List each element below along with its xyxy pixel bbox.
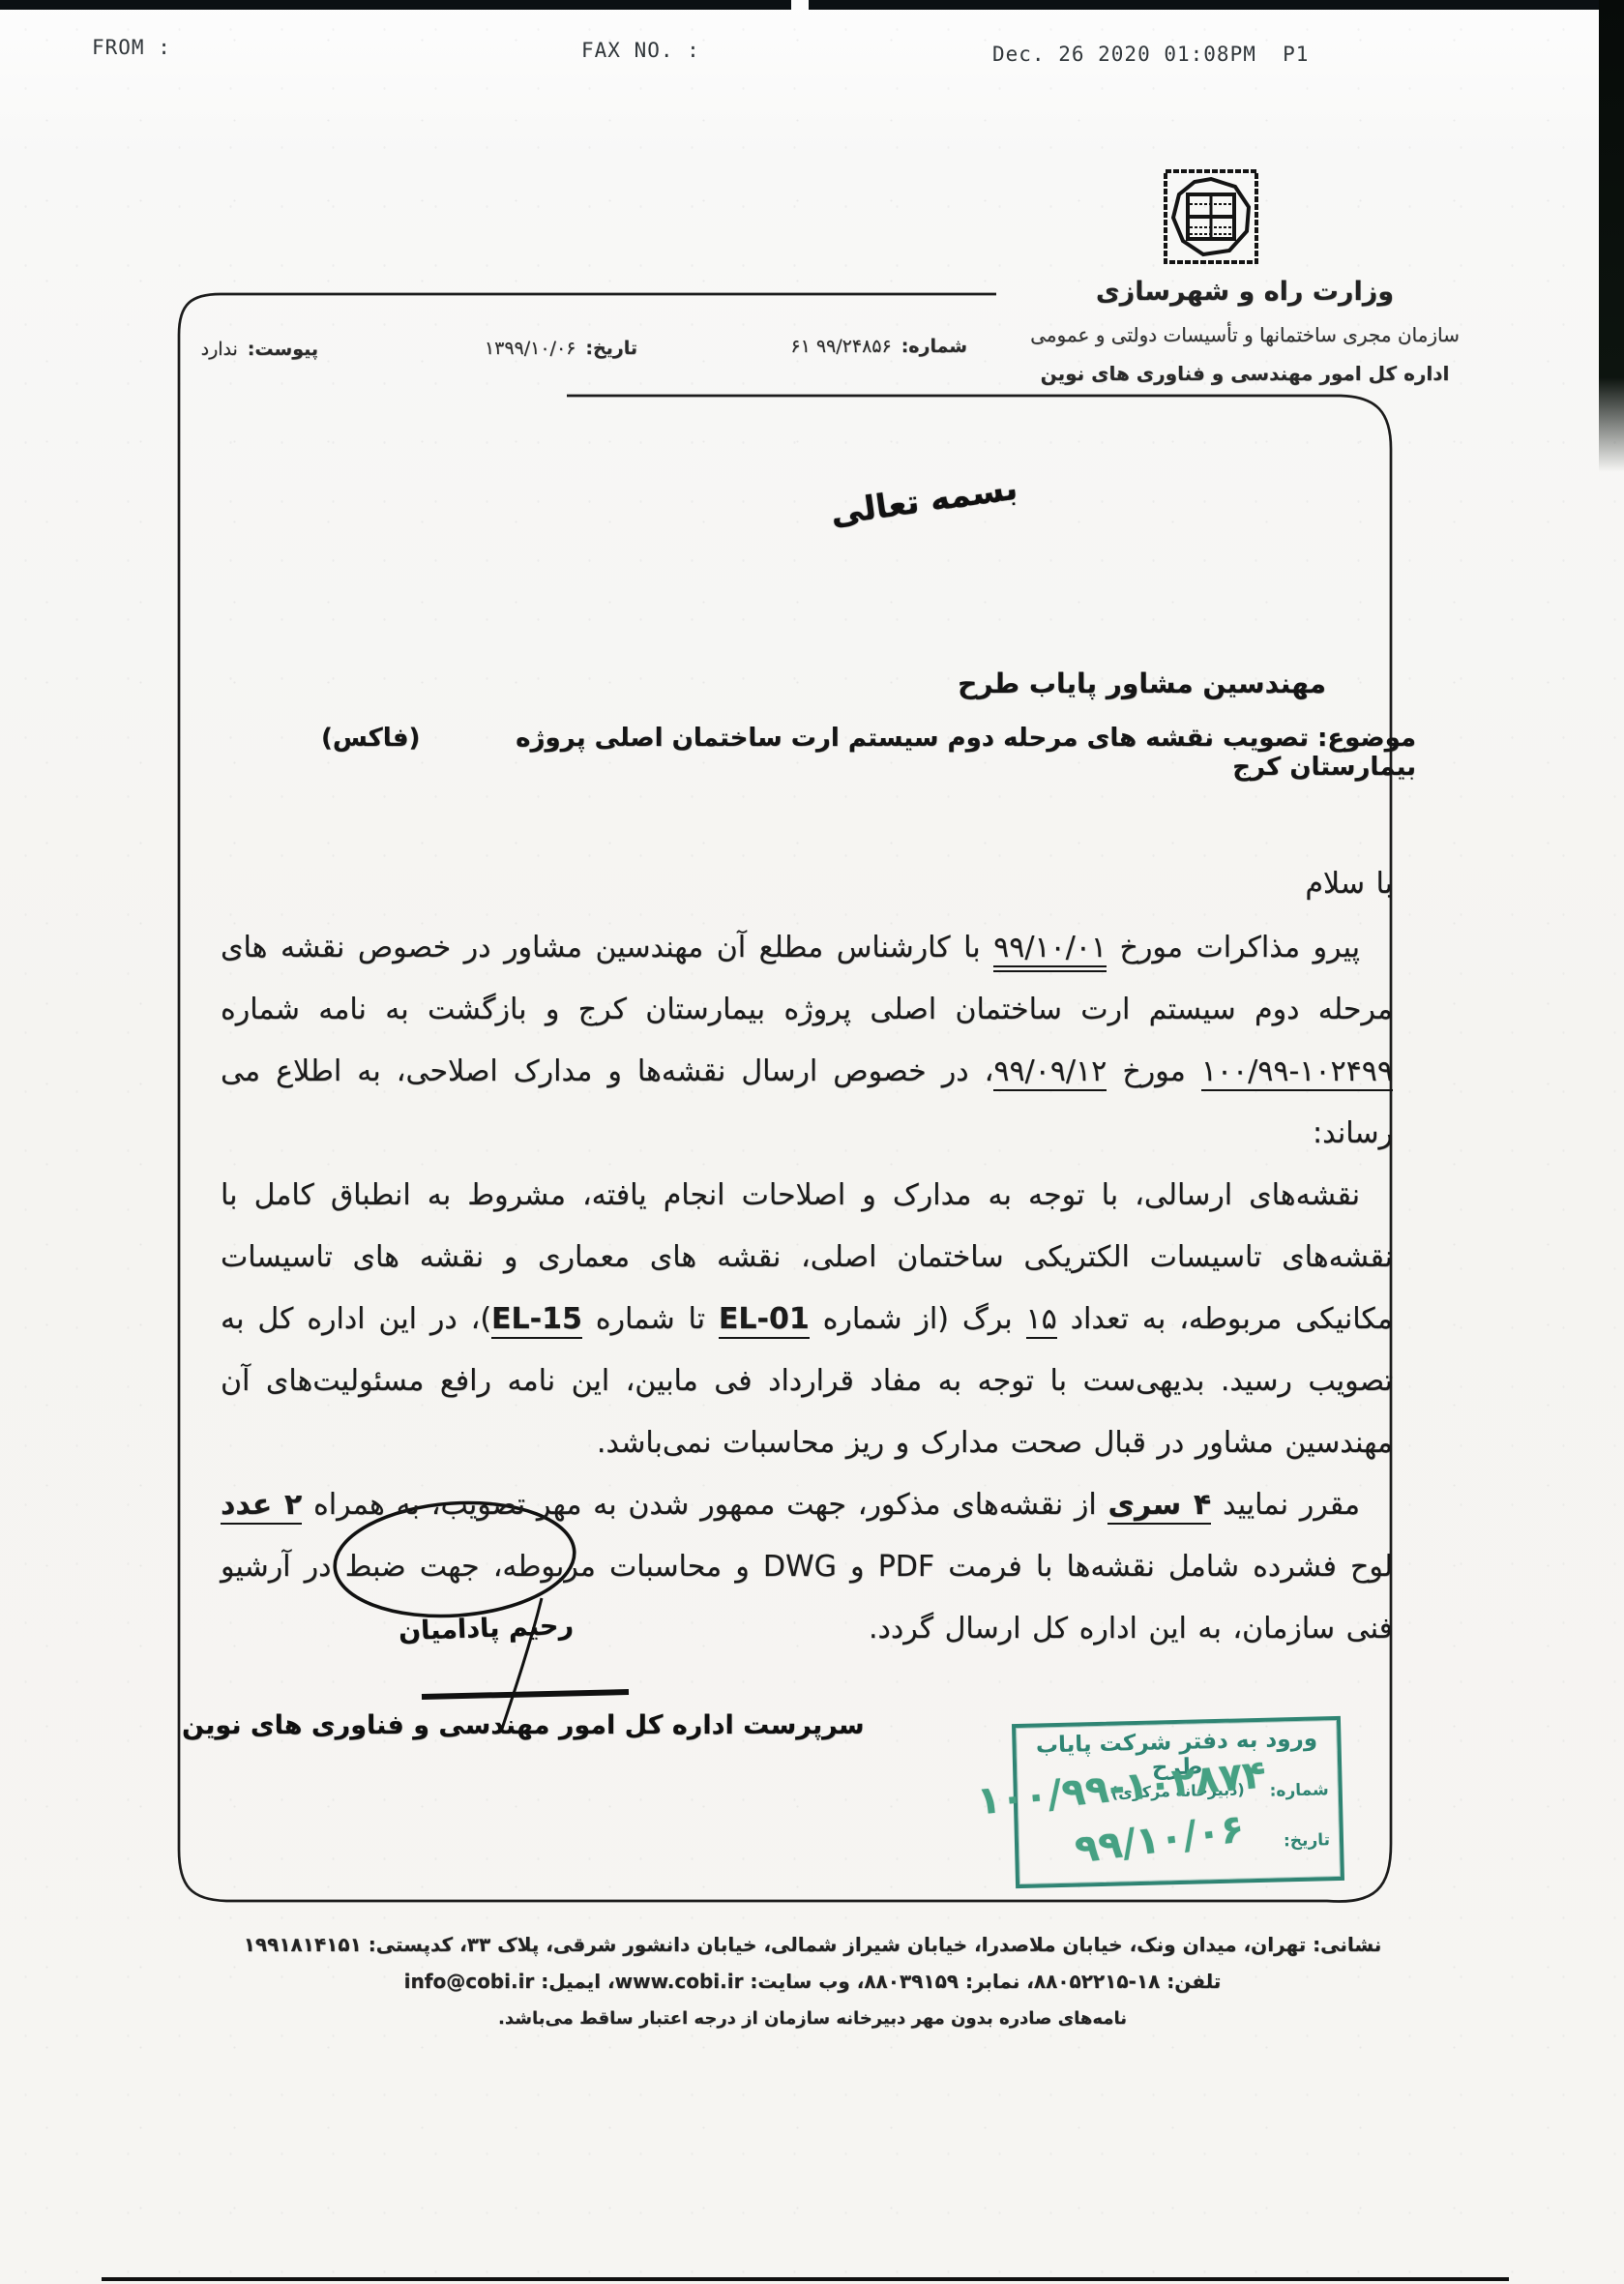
letter-body: با سلام پیرو مذاکرات مورخ ۹۹/۱۰/۰۱ با کا… bbox=[221, 853, 1393, 1660]
letter-paragraph: پیرو مذاکرات مورخ ۹۹/۱۰/۰۱ با کارشناس مط… bbox=[221, 917, 1393, 1165]
organization-name: سازمان مجری ساختمانها و تأسیسات دولتی و … bbox=[964, 323, 1525, 346]
department-name: اداره کل امور مهندسی و فناوری های نوین bbox=[964, 362, 1525, 385]
recipient-line: مهندسین مشاور پایاب طرح bbox=[958, 667, 1326, 699]
signer-name: رحیم پادامیان bbox=[399, 1611, 575, 1646]
ref-attachment-field: پیوست:ندارد bbox=[201, 339, 318, 360]
scan-right-edge-shadow bbox=[1599, 0, 1624, 472]
ref-number-value: ۹۹/۲۴۸۵۶ ۶۱ bbox=[790, 336, 891, 357]
fax-timestamp: Dec. 26 2020 01:08PM P1 bbox=[992, 43, 1309, 66]
letter-footer: نشانی: تهران، میدان ونک، خیابان ملاصدرا،… bbox=[193, 1933, 1432, 2029]
ref-date-label: تاریخ: bbox=[585, 338, 637, 359]
incoming-stamp: ورود به دفتر شرکت پایاب طرح (دبیرخانه مر… bbox=[1012, 1716, 1344, 1888]
letter-paragraph: مقرر نمایید ۴ سری از نقشه‌های مذکور، جهت… bbox=[221, 1474, 1393, 1660]
salutation: با سلام bbox=[221, 853, 1393, 915]
fax-note: (فاکس) bbox=[321, 724, 420, 753]
fax-top-bar-right bbox=[809, 0, 1624, 10]
ref-attachment-value: ندارد bbox=[201, 339, 238, 360]
footer-address: نشانی: تهران، میدان ونک، خیابان ملاصدرا،… bbox=[193, 1933, 1432, 1956]
fax-number-label: FAX NO. : bbox=[581, 39, 700, 62]
letter-paragraphs: پیرو مذاکرات مورخ ۹۹/۱۰/۰۱ با کارشناس مط… bbox=[221, 917, 1393, 1660]
ministry-emblem-logo bbox=[1162, 167, 1260, 266]
scan-bottom-edge-line bbox=[102, 2277, 1509, 2281]
footer-disclaimer: نامه‌های صادره بدون مهر دبیرخانه سازمان … bbox=[193, 2008, 1432, 2029]
ref-date-value: ۱۳۹۹/۱۰/۰۶ bbox=[485, 338, 576, 359]
letter-paragraph: نقشه‌های ارسالی، با توجه به مدارک و اصلا… bbox=[221, 1165, 1393, 1474]
fax-from-label: FROM : bbox=[92, 36, 171, 59]
subject-row: موضوع: تصویب نقشه های مرحله دوم سیستم ار… bbox=[321, 724, 1416, 782]
stamp-date-label: تاریخ: bbox=[1284, 1830, 1330, 1851]
stamp-number-label: شماره: bbox=[1269, 1780, 1329, 1800]
stamp-date-handwritten: ۹۹/۱۰/۰۶ bbox=[1073, 1806, 1247, 1872]
subject-line: موضوع: تصویب نقشه های مرحله دوم سیستم ار… bbox=[420, 724, 1416, 782]
ref-number-field: شماره:۹۹/۲۴۸۵۶ ۶۱ bbox=[790, 336, 967, 357]
signer-title: سرپرست اداره کل امور مهندسی و فناوری های… bbox=[182, 1710, 865, 1740]
fax-top-bar-left bbox=[0, 0, 791, 10]
ref-date-field: تاریخ:۱۳۹۹/۱۰/۰۶ bbox=[485, 338, 637, 359]
ministry-name: وزارت راه و شهرسازی bbox=[964, 277, 1525, 307]
footer-contact: تلفن: ۱۸-۸۸۰۵۲۲۱۵، نمابر: ۸۸۰۳۹۱۵۹، وب س… bbox=[193, 1970, 1432, 1993]
ministry-emblem-icon bbox=[1162, 167, 1260, 266]
ref-number-label: شماره: bbox=[901, 336, 967, 357]
ref-attachment-label: پیوست: bbox=[248, 339, 318, 360]
bismillah-calligraphy: بسمه تعالی bbox=[828, 469, 1019, 534]
fax-scan-page: FROM : FAX NO. : Dec. 26 2020 01:08PM P1… bbox=[0, 0, 1624, 2284]
letterhead: وزارت راه و شهرسازی سازمان مجری ساختمانه… bbox=[964, 277, 1525, 385]
